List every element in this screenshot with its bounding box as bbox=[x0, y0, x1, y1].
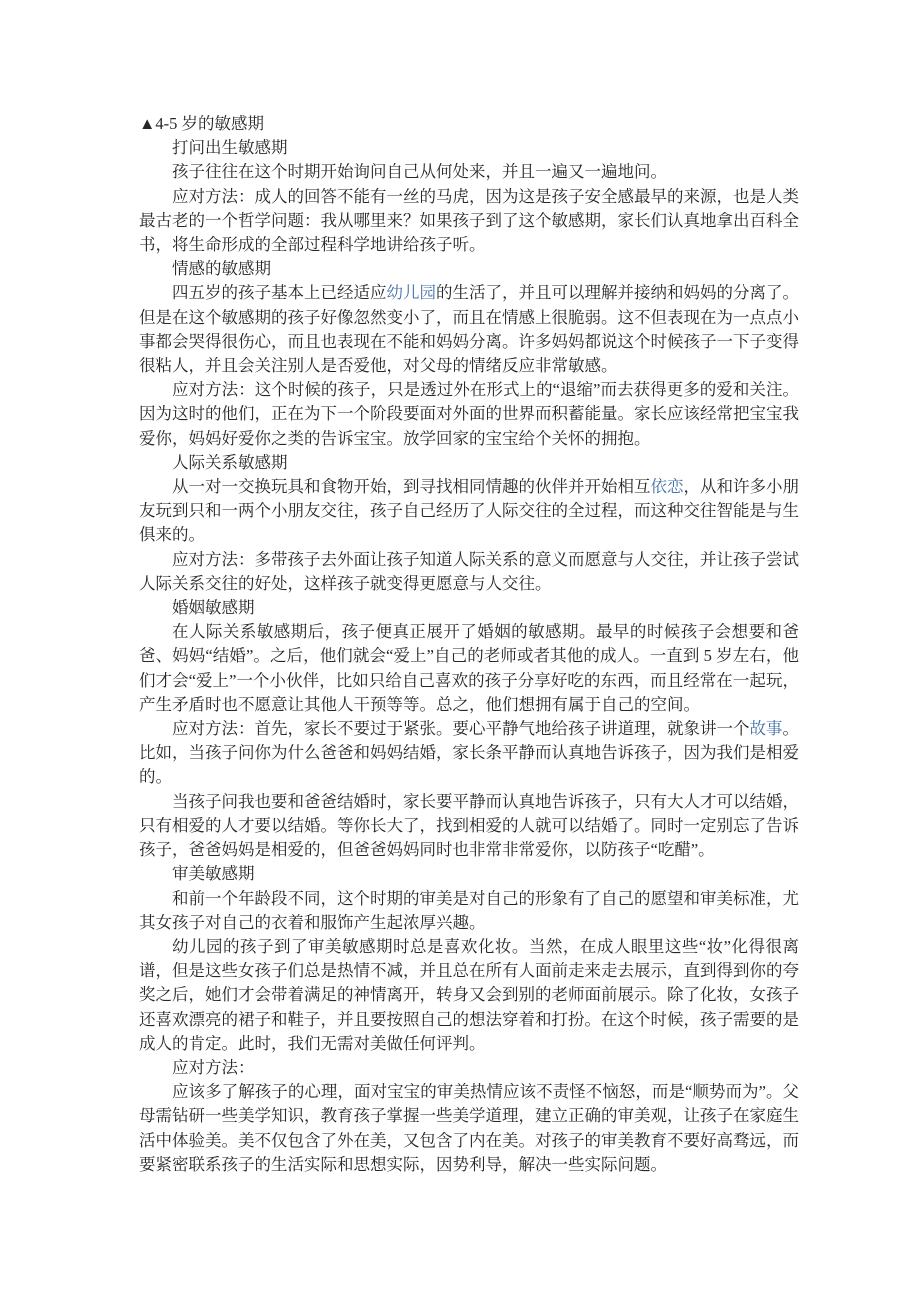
paragraph: 应对方法：首先，家长不要过于紧张。要心平静气地给孩子讲道理，就象讲一个故事。比如… bbox=[139, 717, 799, 790]
hyperlink[interactable]: 幼儿园 bbox=[387, 283, 437, 302]
section-heading: 审美敏感期 bbox=[139, 862, 799, 886]
paragraph: 应该多了解孩子的心理，面对宝宝的审美热情应该不责怪不恼怒，而是“顺势而为”。父母… bbox=[139, 1080, 799, 1177]
paragraph: 应对方法：这个时候的孩子，只是透过外在形式上的“退缩”而去获得更多的爱和关注。因… bbox=[139, 378, 799, 451]
text-run: ▲4-5 岁的敏感期 bbox=[139, 114, 264, 133]
text-run: 应该多了解孩子的心理，面对宝宝的审美热情应该不责怪不恼怒，而是“顺势而为”。父母… bbox=[139, 1082, 799, 1174]
paragraph: 孩子往往在这个时期开始询问自己从何处来，并且一遍又一遍地问。 bbox=[139, 160, 799, 184]
section-heading: 人际关系敏感期 bbox=[139, 451, 799, 475]
hyperlink[interactable]: 故事 bbox=[750, 719, 783, 738]
section-heading: 情感的敏感期 bbox=[139, 257, 799, 281]
text-run: 应对方法： bbox=[172, 1058, 255, 1077]
paragraph: 在人际关系敏感期后，孩子便真正展开了婚姻的敏感期。最早的时候孩子会想要和爸爸、妈… bbox=[139, 620, 799, 717]
paragraph: 应对方法：成人的回答不能有一丝的马虎，因为这是孩子安全感最早的来源，也是人类最古… bbox=[139, 185, 799, 258]
section-heading: ▲4-5 岁的敏感期 bbox=[139, 112, 799, 136]
paragraph: 从一对一交换玩具和食物开始，到寻找相同情趣的伙伴并开始相互依恋，从和许多小朋友玩… bbox=[139, 475, 799, 548]
text-run: 打问出生敏感期 bbox=[172, 138, 288, 157]
text-run: 审美敏感期 bbox=[172, 864, 255, 883]
text-run: 孩子往往在这个时期开始询问自己从何处来，并且一遍又一遍地问。 bbox=[172, 162, 667, 181]
text-run: 和前一个年龄段不同，这个时期的审美是对自己的形象有了自己的愿望和审美标准，尤其女… bbox=[139, 889, 799, 932]
section-heading: 打问出生敏感期 bbox=[139, 136, 799, 160]
document-page: ▲4-5 岁的敏感期打问出生敏感期孩子往往在这个时期开始询问自己从何处来，并且一… bbox=[139, 112, 799, 1177]
document-body: ▲4-5 岁的敏感期打问出生敏感期孩子往往在这个时期开始询问自己从何处来，并且一… bbox=[139, 112, 799, 1177]
paragraph: 应对方法：多带孩子去外面让孩子知道人际关系的意义而愿意与人交往，并让孩子尝试人际… bbox=[139, 548, 799, 596]
text-run: 情感的敏感期 bbox=[172, 259, 271, 278]
paragraph: 幼儿园的孩子到了审美敏感期时总是喜欢化妆。当然，在成人眼里这些“妆”化得很离谱，… bbox=[139, 935, 799, 1056]
text-run: 婚姻敏感期 bbox=[172, 598, 255, 617]
paragraph: 和前一个年龄段不同，这个时期的审美是对自己的形象有了自己的愿望和审美标准，尤其女… bbox=[139, 887, 799, 935]
text-run: 应对方法：这个时候的孩子，只是透过外在形式上的“退缩”而去获得更多的爱和关注。因… bbox=[139, 380, 799, 447]
text-run: 幼儿园的孩子到了审美敏感期时总是喜欢化妆。当然，在成人眼里这些“妆”化得很离谱，… bbox=[139, 937, 799, 1053]
text-run: 从一对一交换玩具和食物开始，到寻找相同情趣的伙伴并开始相互 bbox=[172, 477, 651, 496]
text-run: 应对方法：首先，家长不要过于紧张。要心平静气地给孩子讲道理，就象讲一个 bbox=[172, 719, 750, 738]
text-run: 当孩子问我也要和爸爸结婚时，家长要平静而认真地告诉孩子，只有大人才可以结婚，只有… bbox=[139, 792, 799, 859]
hyperlink[interactable]: 依恋 bbox=[651, 477, 684, 496]
text-run: 四五岁的孩子基本上已经适应 bbox=[172, 283, 387, 302]
paragraph: 四五岁的孩子基本上已经适应幼儿园的生活了，并且可以理解并接纳和妈妈的分离了。但是… bbox=[139, 281, 799, 378]
text-run: 应对方法：多带孩子去外面让孩子知道人际关系的意义而愿意与人交往，并让孩子尝试人际… bbox=[139, 550, 799, 593]
text-run: 在人际关系敏感期后，孩子便真正展开了婚姻的敏感期。最早的时候孩子会想要和爸爸、妈… bbox=[139, 622, 799, 714]
section-heading: 婚姻敏感期 bbox=[139, 596, 799, 620]
text-run: 应对方法：成人的回答不能有一丝的马虎，因为这是孩子安全感最早的来源，也是人类最古… bbox=[139, 187, 799, 254]
paragraph: 应对方法： bbox=[139, 1056, 799, 1080]
text-run: 人际关系敏感期 bbox=[172, 453, 288, 472]
paragraph: 当孩子问我也要和爸爸结婚时，家长要平静而认真地告诉孩子，只有大人才可以结婚，只有… bbox=[139, 790, 799, 863]
